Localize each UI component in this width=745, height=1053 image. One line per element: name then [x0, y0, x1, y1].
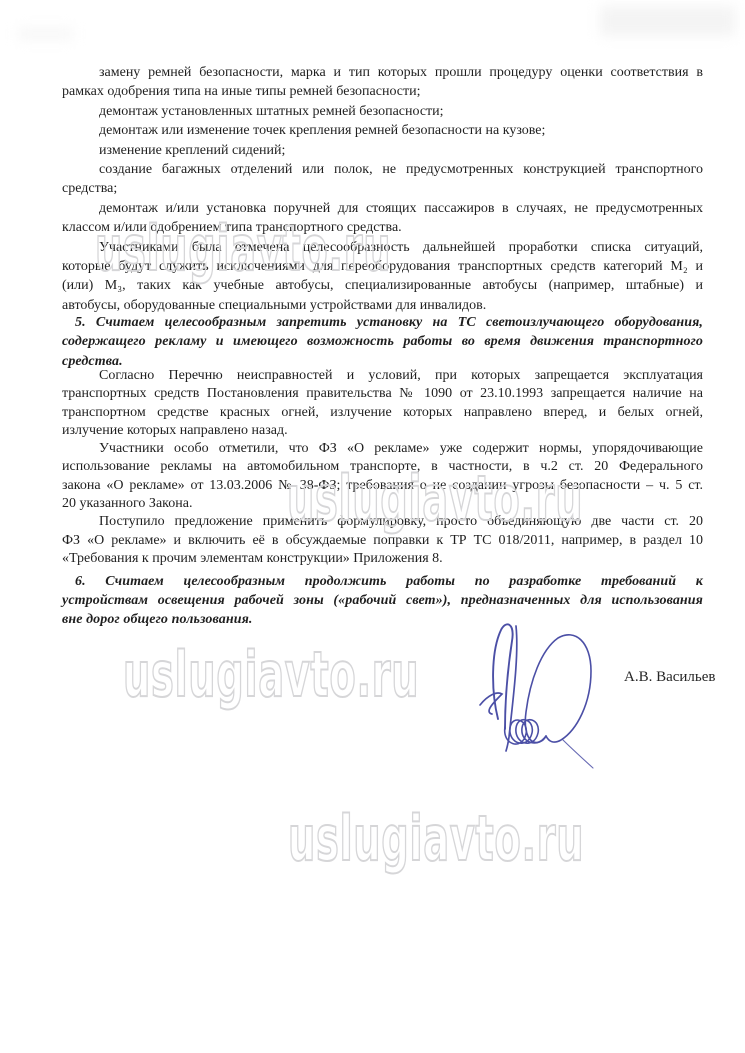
text-line: средства; [62, 179, 703, 198]
scan-artifact [600, 6, 735, 36]
text-line: Участниками была отмечена целесообразнос… [62, 238, 703, 257]
paragraph: Участниками была отмечена целесообразнос… [62, 238, 703, 316]
text-line: демонтаж установленных штатных ремней бе… [62, 102, 703, 121]
text-line: изменение креплений сидений; [62, 141, 703, 160]
paragraph: 6. Считаем целесообразным продолжить раб… [62, 572, 703, 630]
text-line: Согласно Перечню неисправностей и услови… [62, 367, 703, 385]
text-line: Участники особо отметили, что ФЗ «О рекл… [62, 440, 703, 458]
text-line: 6. Считаем целесообразным продолжить раб… [62, 572, 703, 591]
text-line: устройствам освещения рабочей зоны («раб… [62, 591, 703, 610]
text-block: замену ремней безопасности, марка и тип … [62, 63, 703, 315]
watermark-uslugiavto: uslugiavto.ru [123, 644, 419, 706]
text-line: замену ремней безопасности, марка и тип … [62, 63, 703, 82]
text-line: (или) М₃, таких как учебные автобусы, сп… [62, 276, 703, 295]
paragraph: Согласно Перечню неисправностей и услови… [62, 367, 703, 440]
paragraph: демонтаж и/или установка поручней для ст… [62, 199, 703, 238]
text-block: Согласно Перечню неисправностей и услови… [62, 367, 703, 568]
paragraph: замену ремней безопасности, марка и тип … [62, 63, 703, 102]
scan-artifact [18, 28, 73, 40]
paragraph: демонтаж или изменение точек крепления р… [62, 121, 703, 140]
signature-stroke [480, 693, 502, 714]
signature-scribble [465, 617, 605, 772]
scanned-document-page: замену ремней безопасности, марка и тип … [0, 0, 745, 1053]
text-line: классом и/или одобрением типа транспортн… [62, 218, 703, 237]
text-line: закона «О рекламе» от 13.03.2006 № 38-ФЗ… [62, 477, 703, 495]
paragraph: Участники особо отметили, что ФЗ «О рекл… [62, 440, 703, 513]
signature-stroke [562, 739, 593, 768]
text-line: рамках одобрения типа на иные типы ремне… [62, 82, 703, 101]
text-line: вне дорог общего пользования. [62, 610, 703, 629]
paragraph: Поступило предложение применить формулир… [62, 513, 703, 568]
signature-stroke [493, 624, 513, 729]
text-line: излучение которых направлено назад. [62, 422, 703, 440]
text-line: транспортном средстве красных огней, изл… [62, 404, 703, 422]
text-line: использование рекламы на автомобильном т… [62, 458, 703, 476]
signature-stroke [525, 635, 591, 743]
text-line: «Требования к прочим элементам конструкц… [62, 550, 703, 568]
text-line: создание багажных отделений или полок, н… [62, 160, 703, 179]
signer-name: А.В. Васильев [624, 669, 716, 686]
paragraph: изменение креплений сидений; [62, 141, 703, 160]
text-line: демонтаж или изменение точек крепления р… [62, 121, 703, 140]
watermark-uslugiavto: uslugiavto.ru [288, 808, 584, 870]
text-line: ФЗ «О рекламе» и включить её в обсуждаем… [62, 532, 703, 550]
text-block: 5. Считаем целесообразным запретить уста… [62, 313, 703, 371]
text-line: 20 указанного Закона. [62, 495, 703, 513]
text-line: Поступило предложение применить формулир… [62, 513, 703, 531]
paragraph: демонтаж установленных штатных ремней бе… [62, 102, 703, 121]
text-line: транспортных средств Постановления прави… [62, 385, 703, 403]
text-block: 6. Считаем целесообразным продолжить раб… [62, 572, 703, 630]
text-line: содержащего рекламу и имеющего возможнос… [62, 332, 703, 351]
paragraph: 5. Считаем целесообразным запретить уста… [62, 313, 703, 371]
text-line: демонтаж и/или установка поручней для ст… [62, 199, 703, 218]
paragraph: создание багажных отделений или полок, н… [62, 160, 703, 199]
text-line: 5. Считаем целесообразным запретить уста… [62, 313, 703, 332]
text-line: которые будут служить исключениями для п… [62, 257, 703, 276]
